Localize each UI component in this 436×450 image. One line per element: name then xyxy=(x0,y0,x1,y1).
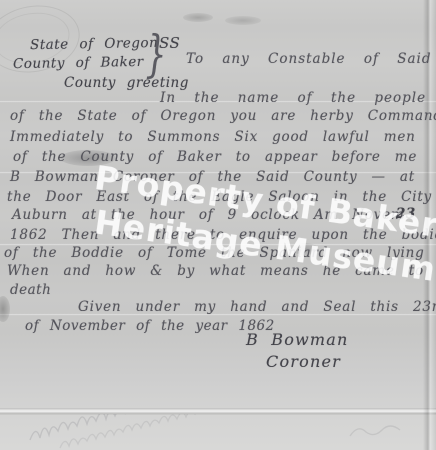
signature-name: B Bowman xyxy=(246,330,349,349)
closing-line: Given under my hand and Seal this 23rd d… xyxy=(78,299,436,315)
ink-smudge xyxy=(183,13,213,22)
signature-title: Coroner xyxy=(266,352,341,371)
caption-county: County of Baker xyxy=(13,54,144,72)
paper-fold-line xyxy=(0,408,436,415)
body-line: of the County of Baker to appear before … xyxy=(13,149,417,165)
bleed-through-scribbles xyxy=(0,414,436,450)
edge-mark xyxy=(0,296,10,322)
ink-smudge xyxy=(225,16,261,25)
body-line: In the name of the people xyxy=(160,90,426,106)
caption-state: State of Oregon xyxy=(30,35,159,53)
caption-ss: SS xyxy=(159,34,180,52)
caption-salutation: To any Constable of Said xyxy=(186,51,432,67)
caption-greeting: County greeting xyxy=(64,75,189,91)
body-line: death xyxy=(10,282,51,298)
body-line: Immediately to Summons Six good lawful m… xyxy=(10,129,416,145)
body-line: of the State of Oregon you are herby Com… xyxy=(10,108,436,124)
closing-line: of November of the year 1862 xyxy=(25,318,275,334)
document-scan: State of Oregon County of Baker } SS To … xyxy=(0,0,436,450)
